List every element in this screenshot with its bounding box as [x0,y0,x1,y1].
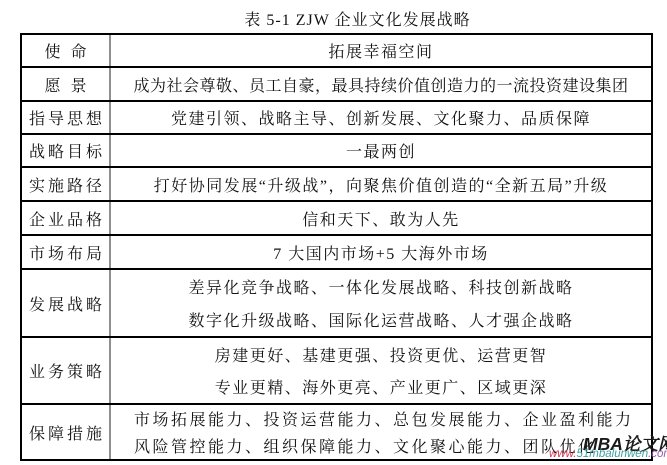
table-row: 愿 景 成为社会尊敬、员工自豪，最具持续价值创造力的一流投资建设集团 [22,68,651,102]
row-label: 愿 景 [22,68,111,100]
row-content: 成为社会尊敬、员工自豪，最具持续价值创造力的一流投资建设集团 [111,68,651,100]
row-content-line: 党建引领、战略主导、创新发展、文化聚力、品质保障 [111,102,651,133]
row-content: 7 大国内市场+5 大海外市场 [111,236,651,268]
row-content-line: 拓展幸福空间 [111,35,651,66]
row-label: 发展战略 [22,270,111,336]
row-content: 一最两创 [111,135,651,166]
table-caption: 表 5-1 ZJW 企业文化发展战略 [0,7,667,30]
table-row: 发展战略 差异化竞争战略、一体化发展战略、科技创新战略 数字化升级战略、国际化运… [22,270,651,338]
row-content-line: 成为社会尊敬、员工自豪，最具持续价值创造力的一流投资建设集团 [111,68,651,100]
row-content-line: 专业更精、海外更亮、产业更广、区域更深 [111,371,651,404]
row-label: 保障措施 [22,405,111,459]
table-row: 战略目标 一最两创 [22,135,651,168]
row-content: 打好协同发展“升级战”，向聚焦价值创造的“全新五局”升级 [111,168,651,200]
row-content: 房建更好、基建更强、投资更优、运营更智 专业更精、海外更亮、产业更广、区域更深 [111,338,651,403]
row-label: 市场布局 [22,236,111,268]
table-row: 实施路径 打好协同发展“升级战”，向聚焦价值创造的“全新五局”升级 [22,168,651,202]
row-content-line: 市场拓展能力、投资运营能力、总包发展能力、企业盈利能力 [111,405,651,432]
row-content: 拓展幸福空间 [111,35,651,66]
row-label: 指导思想 [22,102,111,133]
table-row: 使 命 拓展幸福空间 [22,35,651,68]
table-row: 指导思想 党建引领、战略主导、创新发展、文化聚力、品质保障 [22,102,651,135]
watermark-site-url: www.51mbalunwen.com [549,448,667,460]
row-content: 信和天下、敢为人先 [111,202,651,234]
row-label: 企业品格 [22,202,111,234]
table-row: 业务策略 房建更好、基建更强、投资更优、运营更智 专业更精、海外更亮、产业更广、… [22,338,651,405]
row-content-line: 7 大国内市场+5 大海外市场 [111,236,651,268]
row-content-line: 房建更好、基建更强、投资更优、运营更智 [111,338,651,371]
watermark-url-domain: 51mbalunwen [576,448,648,460]
row-content-line: 差异化竞争战略、一体化发展战略、科技创新战略 [111,270,651,303]
row-label: 业务策略 [22,338,111,403]
table-row: 企业品格 信和天下、敢为人先 [22,202,651,236]
row-label: 使 命 [22,35,111,66]
row-content: 差异化竞争战略、一体化发展战略、科技创新战略 数字化升级战略、国际化运营战略、人… [111,270,651,336]
row-content: 党建引领、战略主导、创新发展、文化聚力、品质保障 [111,102,651,133]
strategy-table: 使 命 拓展幸福空间 愿 景 成为社会尊敬、员工自豪，最具持续价值创造力的一流投… [20,33,653,461]
row-content-line: 数字化升级战略、国际化运营战略、人才强企战略 [111,303,651,336]
row-content-line: 一最两创 [111,135,651,166]
watermark-url-tld: .com [648,448,667,460]
row-label: 实施路径 [22,168,111,200]
watermark-url-www: www. [549,448,576,460]
row-content-line: 信和天下、敢为人先 [111,202,651,234]
table-row: 市场布局 7 大国内市场+5 大海外市场 [22,236,651,270]
row-label: 战略目标 [22,135,111,166]
row-content-line: 打好协同发展“升级战”，向聚焦价值创造的“全新五局”升级 [111,168,651,200]
